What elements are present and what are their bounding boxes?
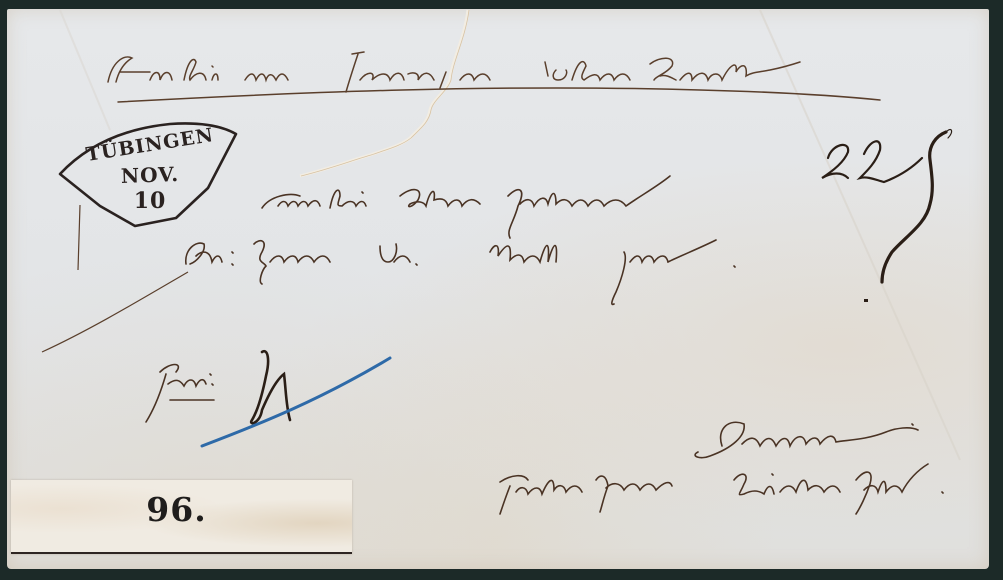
- postmark-month: NOV.: [100, 161, 201, 188]
- number-label: 96.: [11, 480, 352, 554]
- postmark-day: 10: [100, 188, 200, 214]
- label-number: 96.: [11, 490, 352, 529]
